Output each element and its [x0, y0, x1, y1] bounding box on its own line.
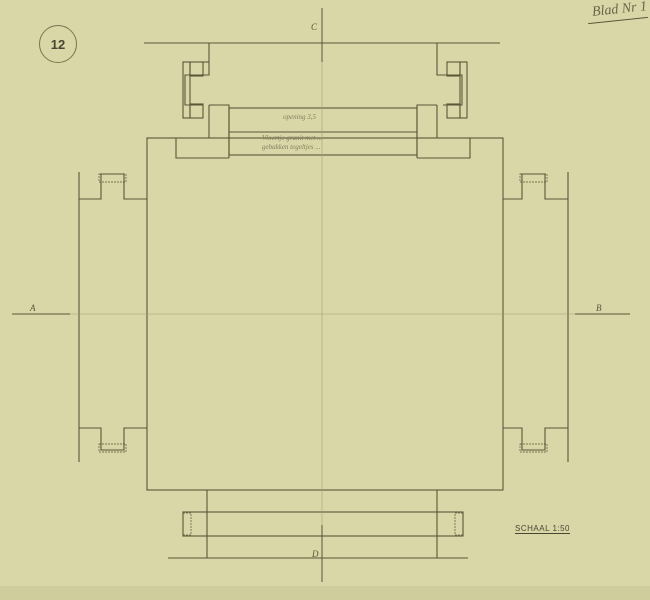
note-floor-line2: gebakken tegeltjes ... [262, 143, 321, 151]
sheet-number-circle: 12 [39, 25, 77, 63]
note-opening: opening 3,5 [283, 113, 316, 121]
drawing-sheet: 12 Blad Nr 1 opening 3,5 Vloertje granit… [0, 0, 650, 600]
scale-label: SCHAAL 1:50 [515, 524, 570, 534]
section-mark-bottom: D [312, 549, 319, 559]
floor-plan-drawing [0, 0, 650, 600]
sheet-number: 12 [51, 37, 65, 52]
section-mark-right: B [596, 303, 602, 313]
section-mark-left: A [30, 303, 36, 313]
note-floor-line1: Vloertje granit met ... [262, 134, 322, 142]
section-mark-top: C [311, 22, 317, 32]
